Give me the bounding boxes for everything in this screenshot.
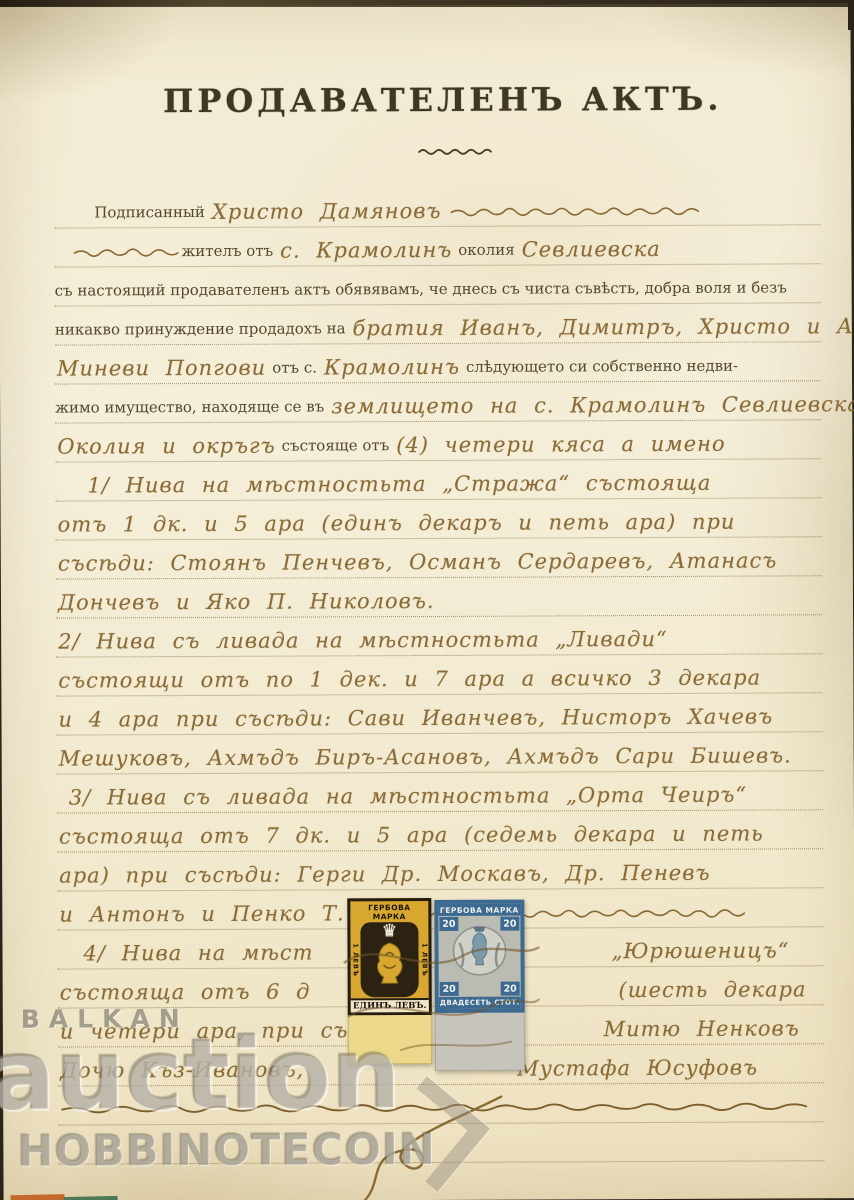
handwritten-text: 3/ Нива съ ливада на мѣстностьта „Орта Ч… <box>67 783 753 813</box>
handwritten-text: „Юрюшеницъ“ <box>609 938 795 966</box>
stamp-face: ГЕРБОВА МАРКА 1 ЛЕВЪ ♛ 1 ЛЕВЪ ЕДИНЪ ЛЕВЪ… <box>347 898 432 1015</box>
handwritten-text: ара) при съсѣди: Герги Др. Москавъ, Др. … <box>57 861 716 891</box>
stamp-value-label: ДВАДЕСЕТЬ СТОТ. <box>439 997 521 1009</box>
printed-form-text: състояще отъ <box>282 436 395 460</box>
stamp-corner-value: 20 <box>440 982 459 996</box>
printed-form-text: жителъ отъ <box>181 242 278 266</box>
stamp-header-label: ГЕРБОВА МАРКА <box>438 904 520 916</box>
scan-edge-orange-strip <box>10 1194 64 1200</box>
handwritten-text: и четери ара, при съсѣ <box>58 1018 387 1046</box>
document-line: 2/ Нива съ ливада на мѣстностьта „Ливади… <box>56 615 822 657</box>
document-line: жимо имущество, находяще се въземлището … <box>55 381 821 423</box>
revenue-stamp-20-stotinki: ГЕРБОВА МАРКА 20 20 20 20 ДВАДЕСЕТЬ СТОТ… <box>434 900 525 1071</box>
document-line: Миневи Попговиотъ с.Крамолинъслѣдующето … <box>55 342 821 384</box>
handwritten-text: Мешуковъ, Ахмъдъ Биръ-Асановъ, Ахмъдъ Са… <box>57 743 798 773</box>
handwritten-text: и 4 ара при съсѣди: Сави Иванчевъ, Нисто… <box>56 704 779 734</box>
document-line: Мешуковъ, Ахмъдъ Биръ-Асановъ, Ахмъдъ Са… <box>57 732 823 774</box>
handwritten-text: 1/ Нива на мѣстностьта „Стража“ състояща <box>85 471 717 501</box>
handwritten-text: (4) четери кяса а имено <box>394 432 731 460</box>
printed-form-text: околия <box>458 241 520 265</box>
document-line: Околия и окръгъсъстояще отъ(4) четери кя… <box>55 420 821 462</box>
ink-squiggle <box>61 1098 816 1117</box>
revenue-stamp-1-lev: ГЕРБОВА МАРКА 1 ЛЕВЪ ♛ 1 ЛЕВЪ ЕДИНЪ ЛЕВЪ… <box>347 898 432 1064</box>
document-line: ара) при съсѣди: Герги Др. Москавъ, Др. … <box>57 849 823 891</box>
handwritten-text: състоящи отъ по 1 дек. и 7 ара а всичко … <box>56 666 767 696</box>
coat-of-arms-icon <box>447 921 511 979</box>
handwritten-text: състояща отъ 7 дк. и 5 ара (седемь декар… <box>57 822 770 852</box>
handwritten-text: братия Иванъ, Димитръ, Христо и Александ… <box>350 314 854 344</box>
handwritten-text: отъ 1 дк. и 5 ара (единъ декаръ и петь а… <box>56 510 742 540</box>
handwritten-text: Миневи Попгови <box>55 356 272 384</box>
crown-icon: ♛ <box>382 923 397 939</box>
document-line: никакво принуждение продадохъ набратия И… <box>55 303 821 345</box>
handwritten-text: землището на с. Крамолинъ Севлиевска <box>329 392 854 421</box>
document-title: ПРОДАВАТЕЛЕНЪ АКТЪ. <box>17 79 854 121</box>
stamp-corner-value: 20 <box>501 982 520 996</box>
printed-form-text: съ настоящий продавателенъ актъ обявявам… <box>55 278 792 305</box>
stamp-margin <box>348 1015 432 1064</box>
scan-right-edge <box>848 0 854 30</box>
handwritten-text: 4/ Нива на мѣст <box>81 940 319 968</box>
handwritten-text: Дончевъ и Яко П. Николовъ. <box>56 589 441 618</box>
lion-icon <box>367 939 411 987</box>
printed-form-text: жимо имущество, находяще се въ <box>55 397 329 422</box>
document-line: състояща отъ 7 дк. и 5 ара (седемь декар… <box>57 810 823 852</box>
printed-form-text: слѣдующето си собственно недви- <box>466 357 743 382</box>
handwritten-text: Околия и окръгъ <box>55 434 281 462</box>
handwritten-text: с. Крамолинъ <box>278 238 458 266</box>
handwritten-text: Христо Дамяновъ <box>210 199 448 227</box>
document-line <box>58 1122 824 1164</box>
handwritten-text: Севлиевска <box>520 237 667 265</box>
document-line: жителъ отъс. КрамолинъоколияСевлиевска <box>54 225 820 267</box>
stamp-header-label: ГЕРБОВА МАРКА <box>350 901 428 921</box>
hand-drawn-rule <box>58 1083 824 1125</box>
printed-form-text: никакво принуждение продадохъ на <box>55 319 351 344</box>
document-line: съ настоящий продавателенъ актъ обявявам… <box>55 264 821 306</box>
document-line: състоящи отъ по 1 дек. и 7 ара а всичко … <box>56 654 822 696</box>
document-line <box>58 1161 824 1200</box>
document-line: 1/ Нива на мѣстностьта „Стража“ състояща <box>55 459 821 501</box>
document-line: 3/ Нива съ ливада на мѣстностьта „Орта Ч… <box>57 771 823 813</box>
handwritten-text: Крамолинъ <box>322 355 466 383</box>
document-line: отъ 1 дк. и 5 ара (единъ декаръ и петь а… <box>56 498 822 540</box>
stamp-side-value: 1 ЛЕВЪ <box>350 921 359 998</box>
handwritten-text: и Антонъ и Пенко Т. <box>57 901 350 929</box>
document-page: ПРОДАВАТЕЛЕНЪ АКТЪ. ПодписанныйХристо Да… <box>0 3 854 1200</box>
document-line: Дончевъ и Яко П. Николовъ. <box>56 576 822 618</box>
document-line: и 4 ара при съсѣди: Сави Иванчевъ, Нисто… <box>56 693 822 735</box>
title-divider <box>417 147 495 157</box>
stamp-face: ГЕРБОВА МАРКА 20 20 20 20 ДВАДЕСЕТЬ СТОТ… <box>434 900 524 1013</box>
handwritten-text: Мустафа Юсуфовъ <box>515 1056 764 1084</box>
handwritten-text: (шесть декара <box>616 977 812 1005</box>
stamp-value-label: ЕДИНЪ ЛЕВЪ. <box>351 998 429 1012</box>
handwritten-text: 2/ Нива съ ливада на мѣстностьта „Ливади… <box>56 627 674 657</box>
scan-edge-green-strip <box>64 1196 118 1200</box>
stamp-margin <box>435 1013 525 1071</box>
handwritten-text: Митю Ненковъ <box>602 1016 806 1044</box>
scan-top-edge <box>0 0 854 7</box>
stamp-coat-of-arms: ♛ <box>360 922 418 997</box>
document-line: съсѣди: Стоянъ Пенчевъ, Османъ Сердаревъ… <box>56 537 822 579</box>
ink-squiggle <box>450 205 700 219</box>
printed-form-text: отъ с. <box>272 358 322 382</box>
ink-squiggle <box>73 246 178 259</box>
printed-form-text: Подписанный <box>94 203 210 228</box>
handwritten-text: съсѣди: Стоянъ Пенчевъ, Османъ Сердаревъ… <box>56 548 783 578</box>
handwritten-text: състояща отъ 6 д <box>58 979 317 1007</box>
handwritten-text: Дочю Къз-Ивановъ, <box>58 1058 310 1086</box>
document-line: ПодписанныйХристо Дамяновъ <box>54 186 820 228</box>
stamp-side-value: 1 ЛЕВЪ <box>419 921 428 998</box>
